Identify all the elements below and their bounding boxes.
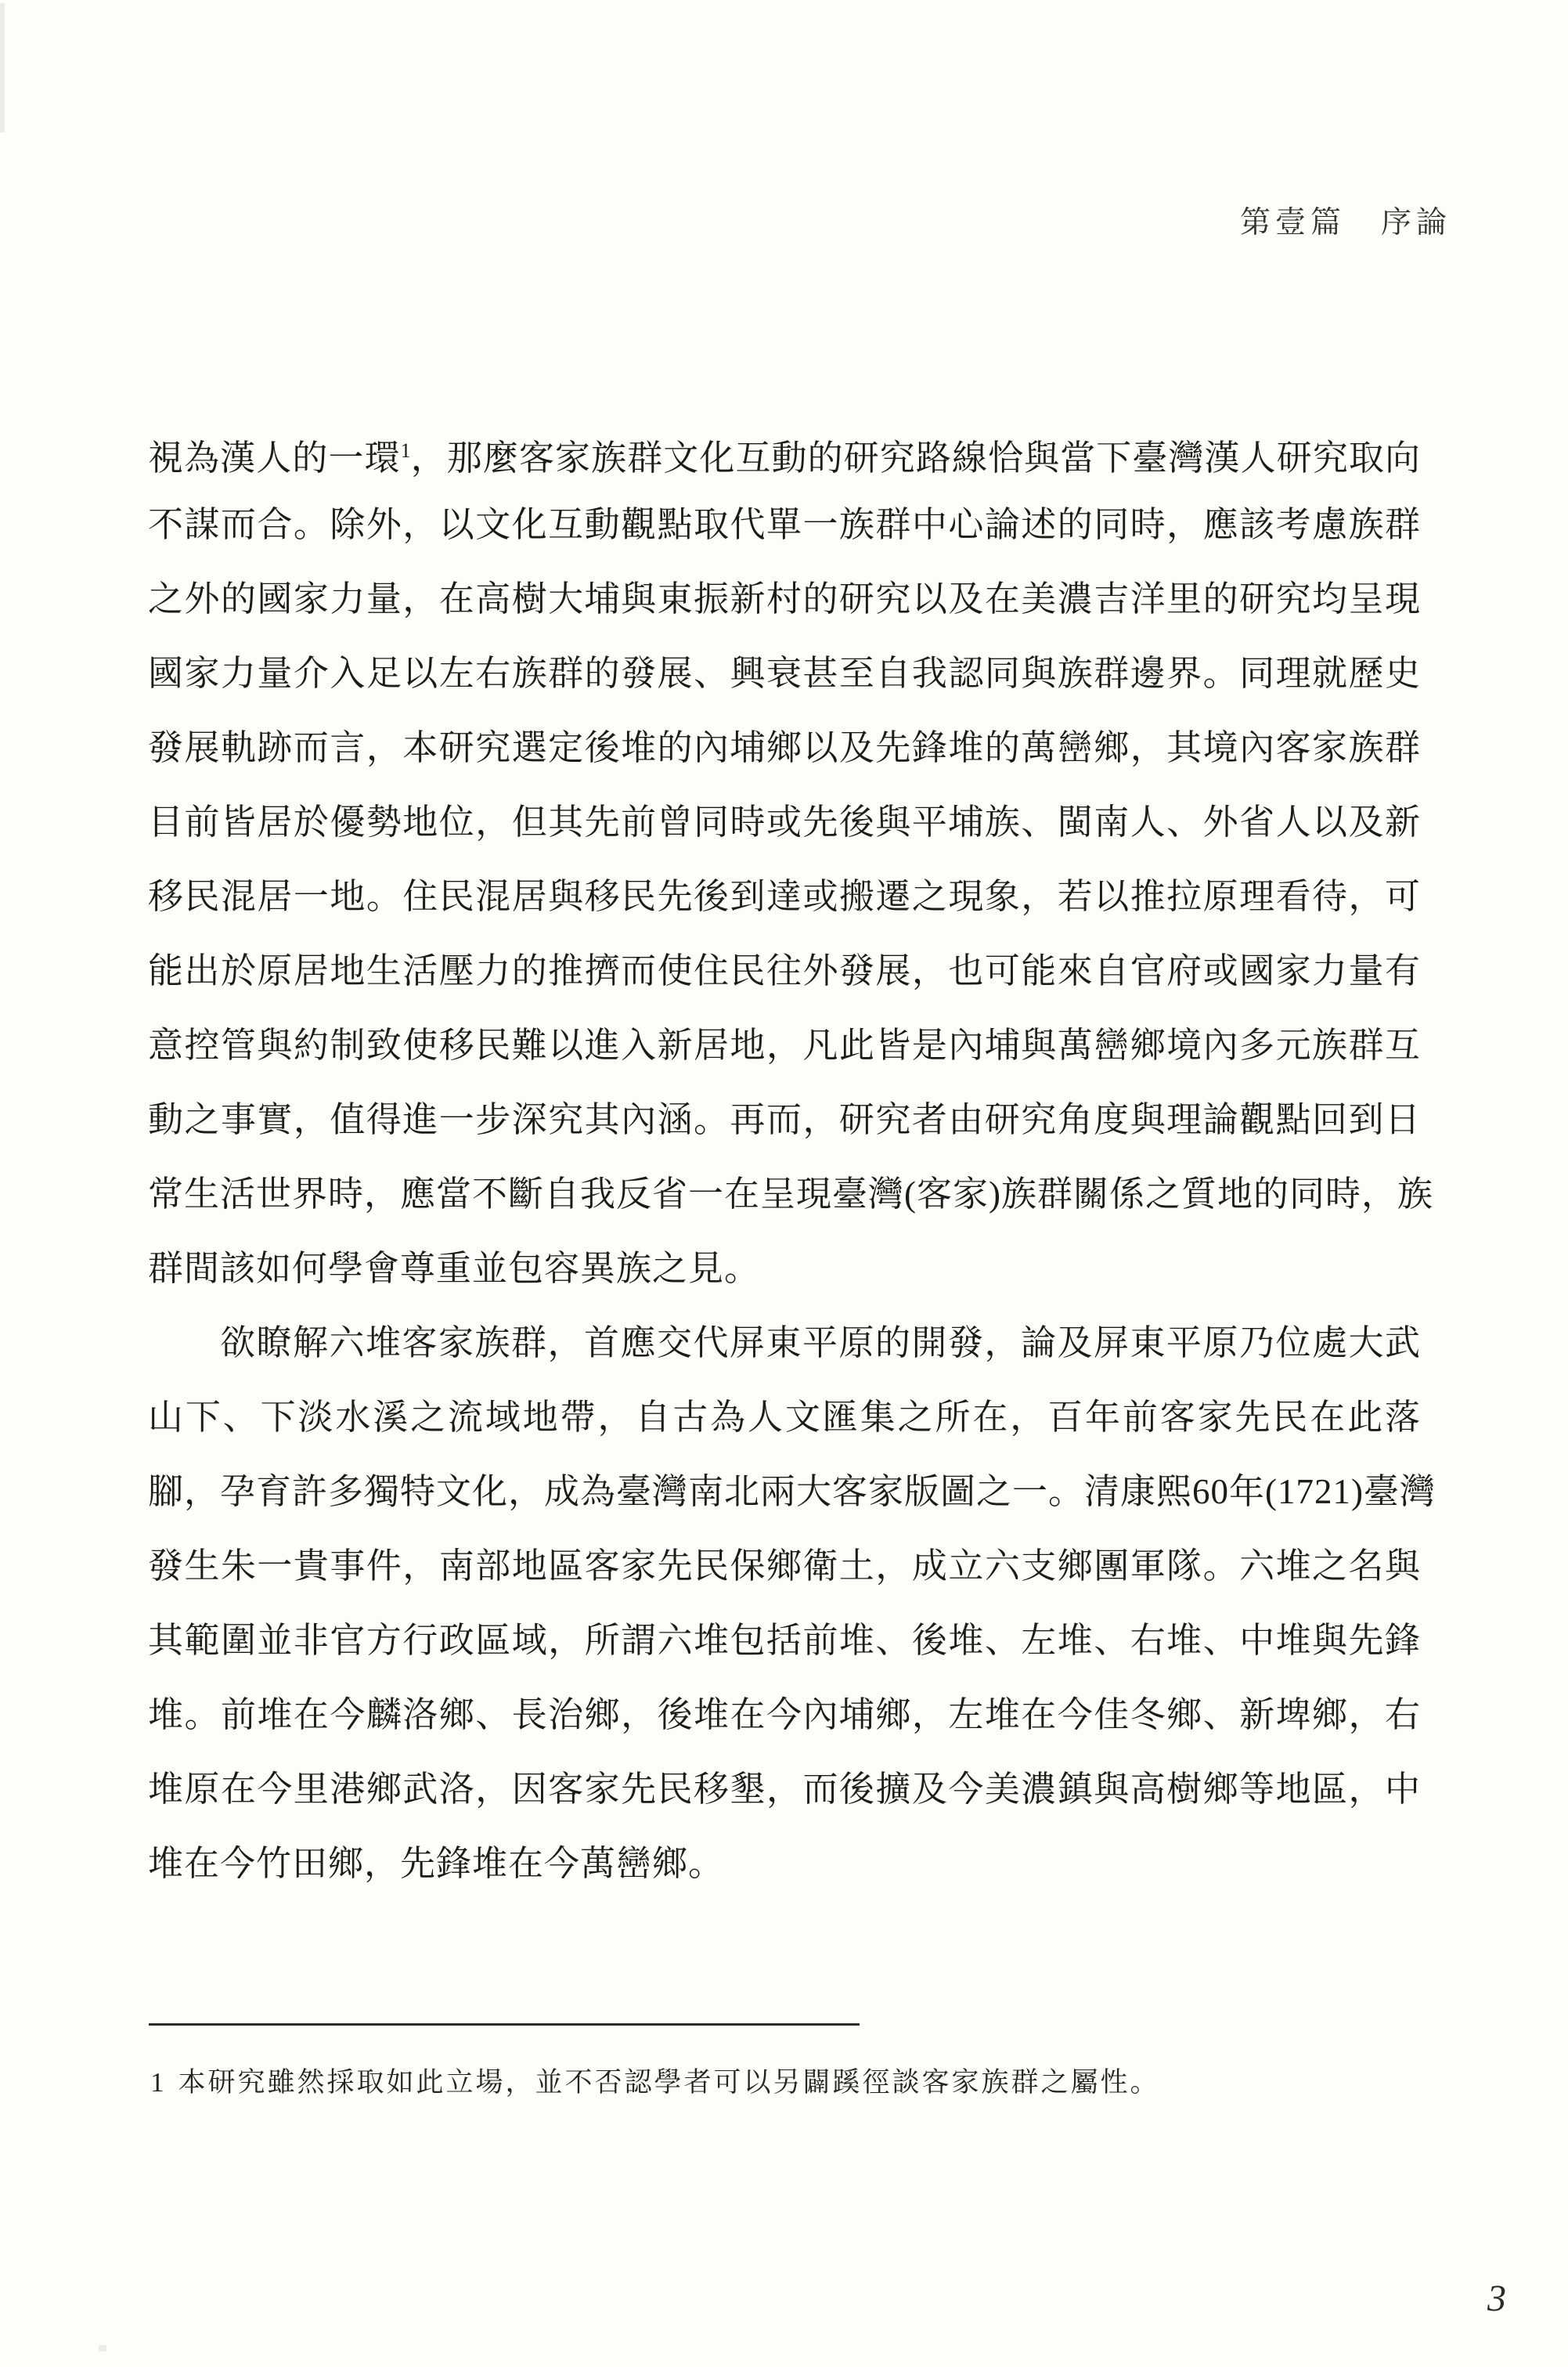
scan-edge-artifact xyxy=(99,2345,106,2351)
body-line-text: ，那麼客家族群文化互動的研究路線恰與當下臺灣漢人研究取向 xyxy=(411,438,1421,478)
footnote-marker: 1 xyxy=(150,2067,164,2098)
body-line: 國家力量介入足以左右族群的發展、興衰甚至自我認同與族群邊界。同理就歷史 xyxy=(148,637,1421,711)
scanned-book-page: 第壹篇 序論 視為漢人的一環1，那麼客家族群文化互動的研究路線恰與當下臺灣漢人研… xyxy=(0,0,1568,2367)
body-line: 發展軌跡而言，本研究選定後堆的內埔鄉以及先鋒堆的萬巒鄉，其境內客家族群 xyxy=(148,711,1421,785)
body-text: 視為漢人的一環1，那麼客家族群文化互動的研究路線恰與當下臺灣漢人研究取向 不謀而… xyxy=(148,413,1421,1901)
body-line-text: 視為漢人的一環 xyxy=(148,438,401,478)
body-line: 不謀而合。除外，以文化互動觀點取代單一族群中心論述的同時，應該考慮族群 xyxy=(148,488,1421,562)
body-line-paragraph-start: 欲瞭解六堆客家族群，首應交代屏東平原的開發，論及屏東平原乃位處大武 xyxy=(148,1306,1421,1380)
scan-edge-artifact xyxy=(0,3,5,132)
body-line: 之外的國家力量，在高樹大埔與東振新村的研究以及在美濃吉洋里的研究均呈現 xyxy=(148,562,1421,637)
body-line: 能出於原居地生活壓力的推擠而使住民往外發展，也可能來自官府或國家力量有 xyxy=(148,934,1421,1009)
footnote-text: 本研究雖然採取如此立場，並不否認學者可以另闢蹊徑談客家族群之屬性。 xyxy=(178,2067,1160,2098)
body-line: 其範圍並非官方行政區域，所謂六堆包括前堆、後堆、左堆、右堆、中堆與先鋒 xyxy=(148,1604,1421,1678)
page-number: 3 xyxy=(1487,2277,1506,2320)
footnote: 1本研究雖然採取如此立場，並不否認學者可以另闢蹊徑談客家族群之屬性。 xyxy=(150,2064,1372,2102)
body-line: 動之事實，值得進一步深究其內涵。再而，研究者由研究角度與理論觀點回到日 xyxy=(148,1083,1421,1157)
footnote-separator-rule xyxy=(149,2023,860,2026)
body-line: 意控管與約制致使移民難以進入新居地，凡此皆是內埔與萬巒鄉境內多元族群互 xyxy=(148,1009,1421,1083)
body-line: 腳，孕育許多獨特文化，成為臺灣南北兩大客家版圖之一。清康熙60年(1721)臺灣 xyxy=(148,1455,1421,1529)
body-line: 堆。前堆在今麟洛鄉、長治鄉，後堆在今內埔鄉，左堆在今佳冬鄉、新埤鄉，右 xyxy=(148,1678,1421,1752)
body-line: 視為漢人的一環1，那麼客家族群文化互動的研究路線恰與當下臺灣漢人研究取向 xyxy=(148,413,1421,488)
body-line: 山下、下淡水溪之流域地帶，自古為人文匯集之所在，百年前客家先民在此落 xyxy=(148,1380,1421,1455)
footnote-reference: 1 xyxy=(401,439,411,462)
body-line: 群間該如何學會尊重並包容異族之見。 xyxy=(148,1232,1421,1306)
body-line: 堆原在今里港鄉武洛，因客家先民移墾，而後擴及今美濃鎮與高樹鄉等地區，中 xyxy=(148,1752,1421,1827)
body-line: 發生朱一貴事件，南部地區客家先民保鄉衛土，成立六支鄉團軍隊。六堆之名與 xyxy=(148,1529,1421,1604)
body-line: 移民混居一地。住民混居與移民先後到達或搬遷之現象，若以推拉原理看待，可 xyxy=(148,860,1421,934)
body-line: 堆在今竹田鄉，先鋒堆在今萬巒鄉。 xyxy=(148,1827,1421,1901)
body-line: 常生活世界時，應當不斷自我反省一在呈現臺灣(客家)族群關係之質地的同時，族 xyxy=(148,1157,1421,1232)
body-line: 目前皆居於優勢地位，但其先前曾同時或先後與平埔族、閩南人、外省人以及新 xyxy=(148,785,1421,860)
running-header: 第壹篇 序論 xyxy=(1240,205,1451,241)
